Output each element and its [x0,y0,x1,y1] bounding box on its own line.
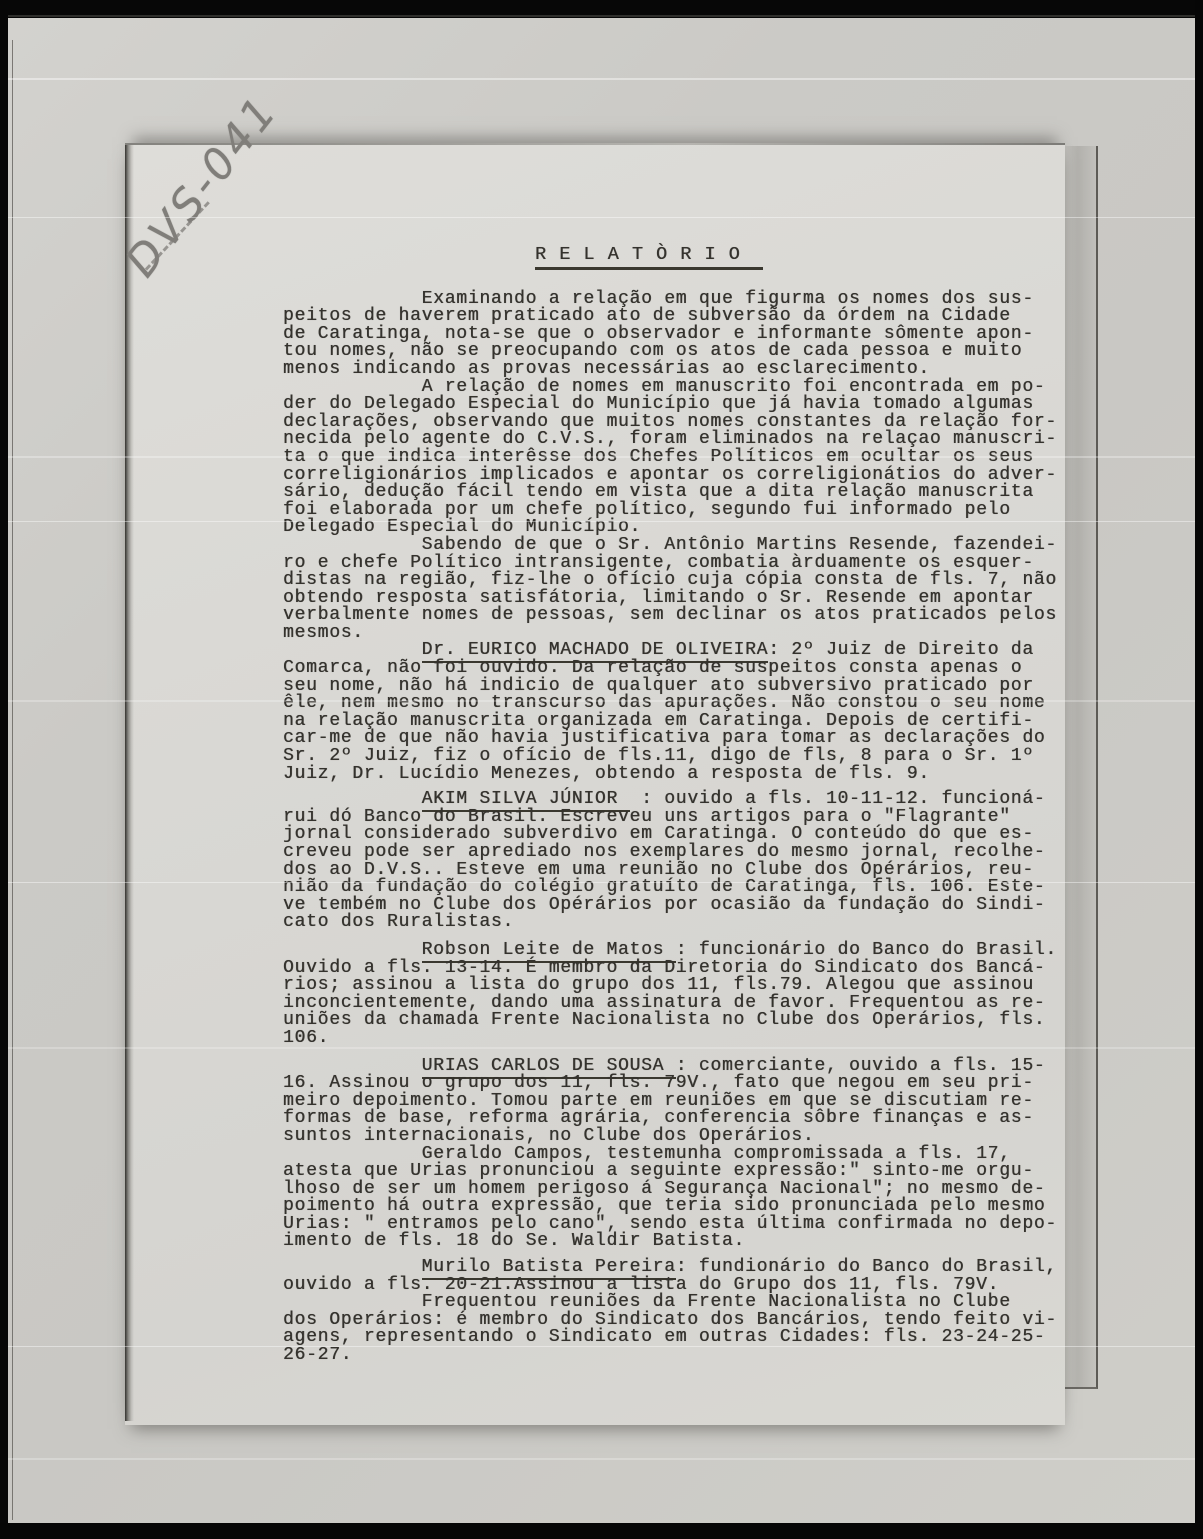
photo-frame-top-line [8,15,1195,17]
photo-frame-bottom [0,1523,1203,1539]
section-murilo-batista-pereira: Murilo Batista Pereira: fundionário do B… [283,1259,1073,1365]
section-robson-leite-de-matos: Robson Leite de Matos : funcionário do B… [283,942,1073,1048]
text-line: agens, representando o Sindicato em outr… [283,1329,1073,1347]
text-line: uniões da chamada Frente Nacionalista no… [283,1012,1073,1030]
document-body: Examinando a relação em que figurma os n… [283,291,1073,1365]
text-line: Juiz, Dr. Lucídio Menezes, obtendo a res… [283,766,1073,784]
text-line: 26-27. [283,1347,1073,1365]
text-line: imento de fls. 18 do Se. Waldir Batista. [283,1233,1073,1251]
scanned-document-photo: { "scan": { "handwritten_code": "DVS-041… [0,0,1203,1539]
text-line: verbalmente nomes de pessoas, sem declin… [283,607,1073,625]
paragraph-geraldo-campos: Geraldo Campos, testemunha compromissada… [283,1146,1073,1252]
paragraph-antonio-martins-resende: Sabendo de que o Sr. Antônio Martins Res… [283,537,1073,643]
text-line: 106. [283,1030,1073,1048]
page-title: R E L A T Ò R I O [535,246,763,270]
document-page: R E L A T Ò R I O Examinando a relação e… [125,143,1065,1425]
typewritten-text: R E L A T Ò R I O Examinando a relação e… [283,246,1073,1365]
paragraph-relacao-manuscrita: A relação de nomes em manuscrito foi enc… [283,379,1073,537]
section-akim-silva-junior: AKIM SILVA JÚNIOR : ouvido a fls. 10-11-… [283,791,1073,932]
section-eurico-machado-de-oliveira: Dr. EURICO MACHADO DE OLIVEIRA: 2º Juiz … [283,642,1073,783]
section-urias-carlos-de-sousa: URIAS CARLOS DE SOUSA : comerciante, ouv… [283,1058,1073,1146]
text-line: cato dos Ruralistas. [283,914,1073,932]
photo-frame-right [1195,0,1203,1539]
photo-frame-left-line [12,40,13,1520]
paragraph-intro: Examinando a relação em que figurma os n… [283,291,1073,379]
